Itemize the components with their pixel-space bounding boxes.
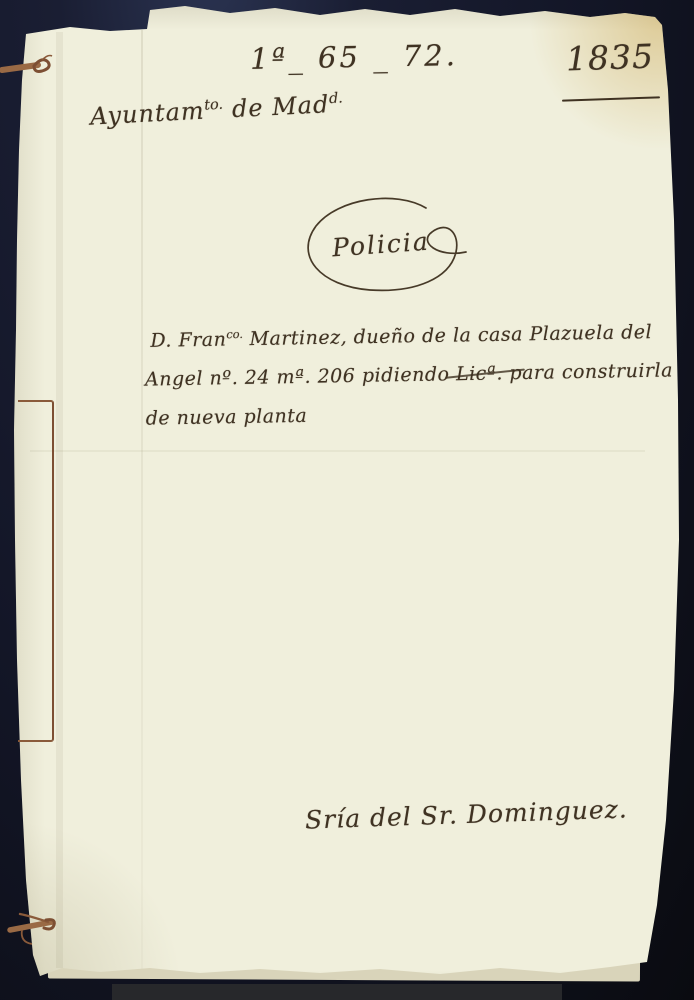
photograph-background: 5329 1ª_ 65 _ 72. 1835 Ayuntamto. de Mad…	[0, 0, 694, 1000]
policia-section-mark: Policia	[298, 194, 483, 298]
binding-thread-bottom-knot	[6, 896, 78, 954]
heading-part: Ayuntam	[89, 97, 205, 131]
year-label: 1835	[565, 36, 654, 78]
support-mat-edge	[112, 984, 562, 1000]
case-summary: D. Franco. Martinez, dueño de la casa Pl…	[144, 307, 676, 439]
secretary-attribution: Sría del Sr. Dominguez.	[305, 794, 629, 834]
file-reference-number: 1ª_ 65 _ 72.	[250, 38, 458, 76]
heading-superscript: d.	[329, 90, 344, 107]
manuscript-page: 5329 1ª_ 65 _ 72. 1835 Ayuntamto. de Mad…	[0, 0, 694, 1000]
line1-superscript: co.	[226, 327, 243, 341]
binding-thread-loop	[18, 400, 54, 742]
institution-heading: Ayuntamto. de Madd.	[89, 89, 343, 130]
binding-thread-top-knot	[0, 46, 62, 88]
heading-superscript: to.	[204, 97, 224, 114]
horizontal-fold-crease	[30, 450, 645, 452]
line1-part: D. Fran	[150, 329, 226, 352]
case-summary-line-3: de nueva planta	[145, 391, 676, 439]
vertical-fold-crease	[141, 30, 143, 970]
line1-part: Martinez, dueño de la casa Plazuela del	[243, 321, 652, 350]
archive-number: 5329	[25, 2, 88, 30]
binding-crease	[56, 32, 63, 968]
heading-part: de Mad	[223, 90, 330, 124]
year-underline-stroke	[562, 96, 660, 101]
